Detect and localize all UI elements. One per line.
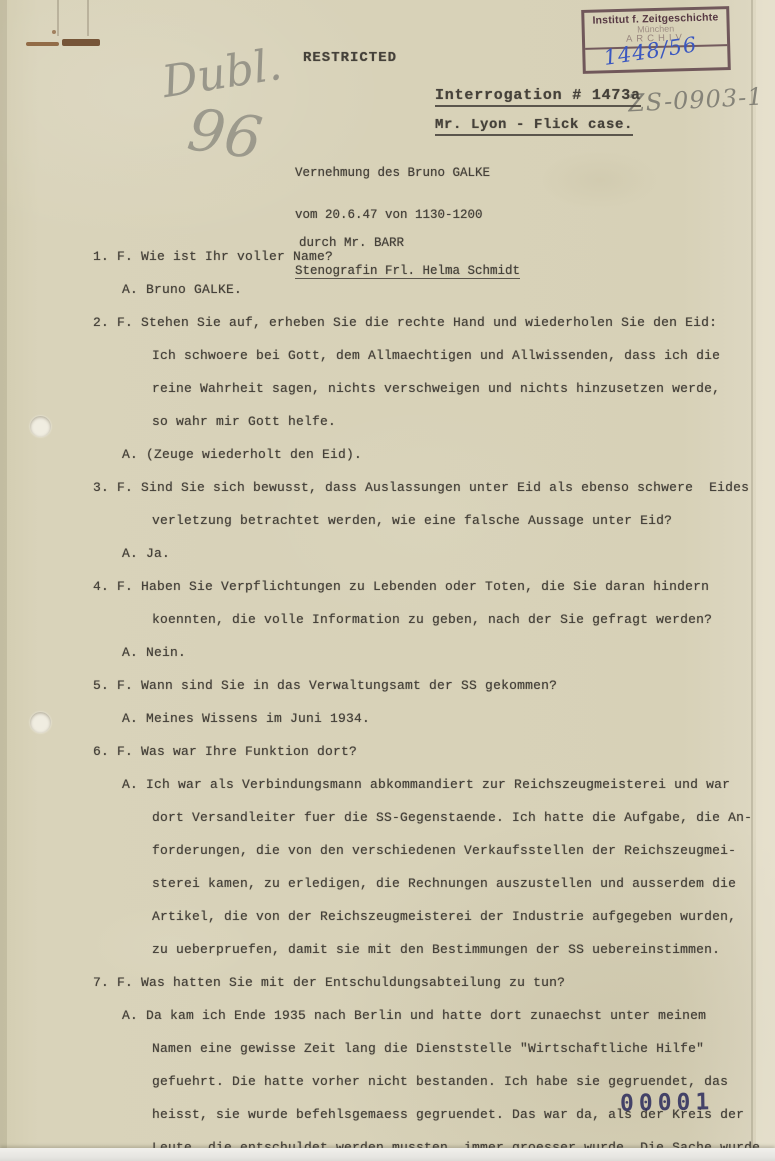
transcript-line: dort Versandleiter fuer die SS-Gegenstae… [93, 801, 760, 834]
classification-header: RESTRICTED [303, 50, 397, 66]
transcript-line: 1. F. Wie ist Ihr voller Name? [93, 240, 760, 273]
paper-stain [540, 150, 660, 210]
staple-mark [57, 0, 59, 36]
transcript-line: A. Ich war als Verbindungsmann abkommand… [93, 768, 760, 801]
transcript-line: A. Ja. [93, 537, 760, 570]
transcript-line: 4. F. Haben Sie Verpflichtungen zu Leben… [93, 570, 760, 603]
punch-hole-bottom [30, 712, 51, 733]
case-title: Mr. Lyon - Flick case. [435, 117, 633, 136]
transcript-line: reine Wahrheit sagen, nichts verschweige… [93, 372, 760, 405]
transcript-line: A. Meines Wissens im Juni 1934. [93, 702, 760, 735]
rust-mark [26, 42, 59, 46]
handwritten-archive-reference: ZS-0903-1 [627, 82, 764, 117]
transcript-line: verletzung betrachtet werden, wie eine f… [93, 504, 760, 537]
transcript-body: 1. F. Wie ist Ihr voller Name? A. Bruno … [93, 240, 760, 1161]
transcript-line: Ich schwoere bei Gott, dem Allmaechtigen… [93, 339, 760, 372]
transcript-line: Namen eine gewisse Zeit lang die Diensts… [93, 1032, 760, 1065]
session-date-line: vom 20.6.47 von 1130-1200 [295, 208, 483, 222]
transcript-line: A. Da kam ich Ende 1935 nach Berlin und … [93, 999, 760, 1032]
page-number-ink-stamp: 00001 [620, 1089, 715, 1117]
transcript-line: koennten, die volle Information zu geben… [93, 603, 760, 636]
transcript-line: A. Bruno GALKE. [93, 273, 760, 306]
transcript-line: so wahr mir Gott helfe. [93, 405, 760, 438]
transcript-line: 5. F. Wann sind Sie in das Verwaltungsam… [93, 669, 760, 702]
transcript-line: Artikel, die von der Reichszeugmeisterei… [93, 900, 760, 933]
staple-mark [87, 0, 89, 36]
transcript-line: 6. F. Was war Ihre Funktion dort? [93, 735, 760, 768]
transcript-line: A. (Zeuge wiederholt den Eid). [93, 438, 760, 471]
punch-hole-top [30, 416, 51, 437]
transcript-line: 3. F. Sind Sie sich bewusst, dass Auslas… [93, 471, 760, 504]
transcript-line: forderungen, die von den verschiedenen V… [93, 834, 760, 867]
transcript-line: 2. F. Stehen Sie auf, erheben Sie die re… [93, 306, 760, 339]
document-page: Institut f. Zeitgeschichte München ARCHI… [0, 0, 775, 1150]
scanner-background-strip [0, 1148, 775, 1161]
session-subject-line: Vernehmung des Bruno GALKE [295, 166, 490, 180]
handwritten-page-number: 96 [184, 95, 267, 173]
archive-stamp: Institut f. Zeitgeschichte München ARCHI… [581, 6, 731, 74]
rust-mark [62, 39, 100, 46]
interrogation-number-title: Interrogation # 1473a [435, 87, 641, 107]
transcript-line: zu ueberpruefen, damit sie mit den Besti… [93, 933, 760, 966]
transcript-line: sterei kamen, zu erledigen, die Rechnung… [93, 867, 760, 900]
rust-mark [52, 30, 56, 34]
left-edge-shadow [0, 0, 7, 1150]
transcript-line: A. Nein. [93, 636, 760, 669]
transcript-line: 7. F. Was hatten Sie mit der Entschuldun… [93, 966, 760, 999]
handwritten-duplicate-note: Dubl. [159, 39, 285, 108]
